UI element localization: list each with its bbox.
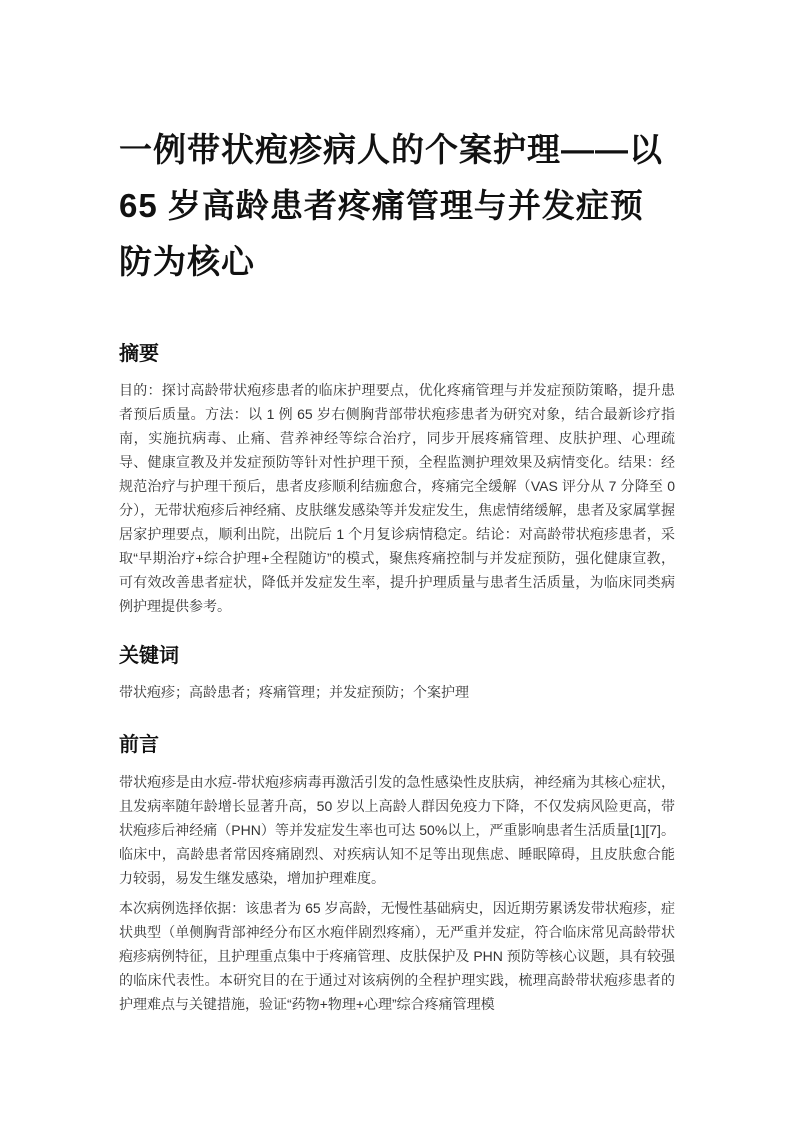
document-page: 一例带状疱疹病人的个案护理——以 65 岁高龄患者疼痛管理与并发症预防为核心 摘… (119, 122, 675, 1016)
abstract-body: 目的：探讨高龄带状疱疹患者的临床护理要点，优化疼痛管理与并发症预防策略，提升患者… (119, 378, 675, 618)
keywords-body: 带状疱疹；高龄患者；疼痛管理；并发症预防；个案护理 (119, 680, 675, 704)
document-title: 一例带状疱疹病人的个案护理——以 65 岁高龄患者疼痛管理与并发症预防为核心 (119, 122, 675, 290)
keywords-heading: 关键词 (119, 642, 675, 670)
abstract-heading: 摘要 (119, 340, 675, 368)
preface-paragraph-1: 带状疱疹是由水痘-带状疱疹病毒再激活引发的急性感染性皮肤病，神经痛为其核心症状，… (119, 770, 675, 890)
preface-paragraph-2: 本次病例选择依据：该患者为 65 岁高龄，无慢性基础病史，因近期劳累诱发带状疱疹… (119, 896, 675, 1016)
preface-heading: 前言 (119, 731, 675, 759)
